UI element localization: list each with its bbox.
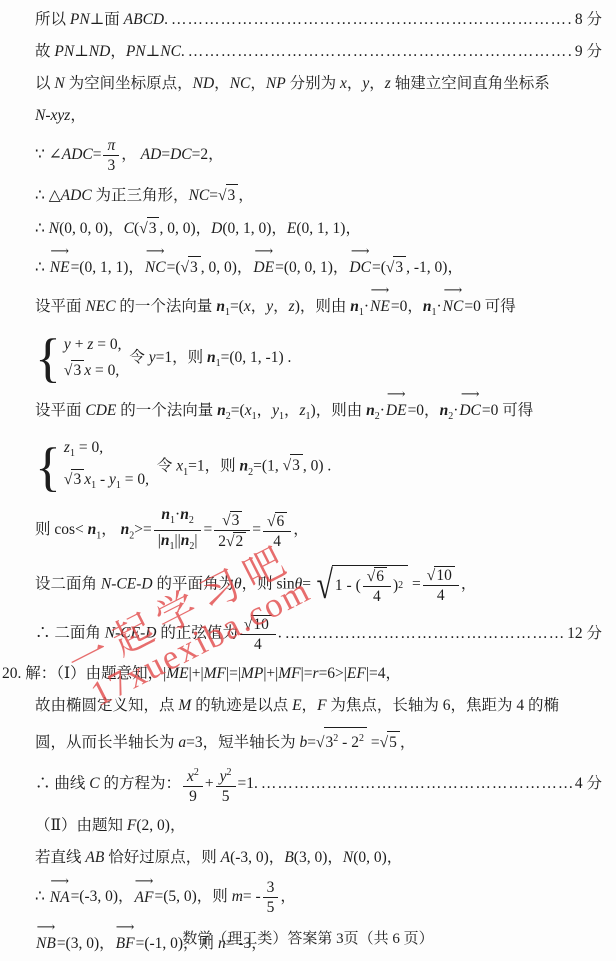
text-run: ， — [293, 521, 309, 538]
text-run: ， — [347, 75, 363, 92]
math-fraction: √64 — [263, 512, 291, 550]
vector-arrow-icon: ⟶ — [50, 876, 70, 886]
text-run: )，则由 — [311, 402, 367, 419]
text-run: , 0, 0)， — [201, 259, 253, 276]
vector-arrow-icon: ⟶ — [145, 246, 166, 256]
math-var: C — [89, 775, 99, 792]
math-bold-var: n — [88, 521, 97, 538]
brace-icon: { — [35, 334, 61, 383]
text-run: 为焦点，长轴为 6，焦距为 4 的椭 — [327, 697, 560, 714]
math-radical: √10 — [427, 566, 455, 584]
text-run: =(1, — [253, 457, 282, 474]
text-run: 的轨迹是以点 — [191, 697, 292, 714]
math-var: ND — [193, 75, 215, 92]
text-run: =( — [230, 298, 244, 315]
text-run: ， — [70, 107, 86, 124]
text-run: ∴ 曲线 — [35, 775, 89, 792]
text-run: =(5, 0)，则 — [154, 889, 231, 906]
math-var: xyz — [51, 107, 71, 124]
text-run: ， — [257, 402, 273, 419]
math-var: N — [49, 220, 59, 237]
text-run: - 2 — [338, 734, 359, 751]
math-bold-var: n — [216, 298, 225, 315]
math-fraction: √104 — [240, 615, 276, 653]
text-run: 4 — [373, 588, 381, 605]
math-var: NC — [189, 187, 210, 204]
vector-arrow-icon: ⟶ — [135, 876, 154, 886]
math-fraction: π3 — [103, 137, 119, 174]
math-var: NC — [230, 75, 251, 92]
text-run: =(0, 1, 1)， — [71, 259, 144, 276]
text-line: 设平面 CDE 的一个法向量 n2=(x1，y1，z1)，则由 n2·⟶DE=0… — [35, 393, 602, 428]
math-bold-var: n — [350, 298, 359, 315]
equation-system: {z1 = 0,√3x1 - y1 = 0, — [35, 438, 149, 496]
text-run: 以 — [35, 75, 54, 92]
content: 所以 PN⊥面 ABCD.……………………………………………………………………8… — [35, 9, 602, 961]
vector-NE: ⟶NE — [370, 289, 390, 318]
superscript: 2 — [227, 767, 232, 778]
text-run: ， — [251, 298, 267, 315]
math-radical: √3 — [180, 256, 200, 279]
math-var: E — [292, 697, 301, 714]
text-run: ∵ ∠ — [35, 146, 62, 163]
text-run: 圆，从而长半轴长为 — [35, 734, 178, 751]
math-var: F — [127, 817, 136, 834]
text-run: 设平面 — [35, 298, 85, 315]
text-run: =0， — [408, 402, 440, 419]
math-var: AB — [85, 849, 104, 866]
text-run: ∴ — [35, 889, 49, 906]
math-var: EF — [347, 665, 366, 682]
math-var: y — [109, 471, 116, 488]
text-run: ， — [280, 889, 296, 906]
math-var: x — [340, 75, 347, 92]
text-run: 3 — [228, 187, 236, 204]
vector-arrow-icon: ⟶ — [349, 246, 371, 256]
math-var: N — [101, 576, 111, 593]
math-var: MF — [278, 665, 300, 682]
text-run: =0 可得 — [464, 298, 515, 315]
math-var: N — [343, 849, 353, 866]
math-var: NEC — [85, 298, 115, 315]
math-radical: √10 — [244, 615, 272, 633]
math-var: θ — [234, 576, 242, 593]
text-run: 恰好过原点，则 — [104, 849, 220, 866]
text-run: 故 — [35, 43, 54, 60]
math-var: y — [149, 349, 156, 366]
text-run: =( — [372, 259, 386, 276]
text-run: =1，则 — [156, 349, 207, 366]
text-run: 3 — [292, 457, 300, 474]
text-run: |=4， — [366, 665, 401, 682]
text-run: (3, 0)， — [294, 849, 343, 866]
math-var: y — [272, 402, 279, 419]
math-var: PN — [126, 43, 146, 60]
text-line: ∴ 曲线 C 的方程为：x29+y25=1.………………………………………………… — [35, 764, 602, 805]
text-run: =(0, 0, 1)， — [275, 259, 348, 276]
text-run: =( — [167, 259, 181, 276]
text-line: 故由椭圆定义知，点 M 的轨迹是以点 E，F 为焦点，长轴为 6，焦距为 4 的… — [35, 695, 602, 717]
text-run: 的正弦值为 — [156, 625, 237, 642]
text-run: 1 - ( — [335, 575, 361, 597]
line-text: ∴ 二面角 N-CE-D 的正弦值为√104. — [35, 615, 282, 653]
text-run: 4 — [273, 533, 281, 550]
dot-leader: ……………………………………………………… — [261, 773, 572, 795]
text-run: 2 — [218, 533, 226, 550]
text-run: 若直线 — [35, 849, 85, 866]
math-fraction: x29 — [183, 764, 203, 805]
math-var: B — [284, 849, 293, 866]
text-run: (0, 0, 0)， — [59, 220, 124, 237]
math-var: CE — [120, 625, 140, 642]
text-run: 5 — [222, 788, 230, 805]
text-line: 20. 解：（Ⅰ）由题意知，|ME|+|MF|=|MP|+|MF|=r=6>|E… — [2, 663, 602, 685]
text-run: ， — [302, 697, 318, 714]
text-run: 故由椭圆定义知，点 — [35, 697, 178, 714]
math-var: CDE — [85, 402, 116, 419]
text-line: 设平面 NEC 的一个法向量 n1=(x，y，z)，则由 n1·⟶NE=0，n1… — [35, 289, 602, 324]
math-radical: √3 — [139, 217, 159, 240]
text-run: 3 — [267, 879, 275, 896]
text-run: 3 — [232, 512, 240, 529]
vector-DE: ⟶DE — [253, 250, 274, 279]
text-run: 10 — [436, 567, 452, 584]
score-label: 8 分 — [575, 9, 602, 31]
math-var: A — [221, 849, 230, 866]
text-run: 所以 — [35, 11, 70, 28]
text-run: = - — [243, 889, 261, 906]
text-run: ， — [273, 298, 289, 315]
text-run: ， — [101, 521, 120, 538]
math-bold-var: n — [440, 402, 449, 419]
math-bold-var: n — [161, 532, 170, 549]
math-var: MP — [241, 665, 263, 682]
superscript: 2 — [359, 733, 364, 744]
vector-NC: ⟶NC — [145, 250, 166, 279]
math-var: E — [287, 220, 296, 237]
text-run: |+| — [263, 665, 278, 682]
vector-arrow-icon: ⟶ — [443, 285, 464, 295]
text-run: ∴ — [35, 259, 49, 276]
math-var: N — [54, 75, 64, 92]
text-run: · — [364, 298, 369, 315]
text-line: ∵ ∠ADC=π3， AD=DC=2， — [35, 137, 602, 174]
text-run: ∴ △ — [35, 187, 61, 204]
math-var: x — [187, 768, 194, 785]
math-var: MF — [204, 665, 226, 682]
math-var: y — [64, 336, 71, 353]
text-run: )，则由 — [295, 298, 351, 315]
text-run: - — [96, 471, 109, 488]
text-line: {z1 = 0,√3x1 - y1 = 0, 令 x1=1，则 n2=(1, √… — [35, 438, 602, 496]
text-line: ∴ ⟶NE=(0, 1, 1)，⟶NC=(√3, 0, 0)，⟶DE=(0, 0… — [35, 250, 602, 279]
math-var: D — [145, 625, 156, 642]
text-run: |=| — [226, 665, 241, 682]
math-var: DC — [170, 146, 192, 163]
text-run: (0, 1, 0)， — [222, 220, 287, 237]
math-fraction: √104 — [423, 566, 459, 604]
text-run: 的方程为： — [100, 775, 181, 792]
text-run: =( — [231, 402, 245, 419]
text-line: 圆，从而长半轴长为 a=3，短半轴长为 b=√32 - 22 =√5， — [35, 727, 602, 754]
vector-NE: ⟶NE — [50, 250, 70, 279]
math-var: M — [178, 697, 191, 714]
text-run: 5 — [389, 734, 397, 751]
math-var: x — [245, 402, 252, 419]
text-run: 轴建立空间直角坐标系 — [391, 75, 550, 92]
math-fraction: y25 — [216, 764, 236, 805]
text-run: 5 — [267, 899, 275, 916]
text-run: |+| — [189, 665, 204, 682]
math-radical: √3 — [64, 360, 84, 381]
math-fraction: n1·n2|n1||n2| — [154, 506, 202, 555]
math-bold-var: n — [121, 521, 130, 538]
brace-icon: { — [35, 443, 61, 492]
text-run: (0, 1, 1)， — [296, 220, 361, 237]
math-radical: √2 — [226, 532, 246, 550]
math-bold-var: n — [366, 402, 375, 419]
math-var: π — [107, 137, 115, 154]
text-run: = 0, — [93, 336, 121, 353]
text-run: 9 — [189, 788, 197, 805]
vector-NA: ⟶NA — [50, 880, 70, 909]
text-run: + — [71, 336, 88, 353]
text-line: N-xyz， — [35, 105, 602, 127]
math-var: AD — [141, 146, 162, 163]
math-radical: √3 — [218, 184, 238, 207]
text-run: 6 — [277, 513, 285, 530]
math-var: C — [124, 220, 134, 237]
math-var: ADC — [62, 146, 93, 163]
text-run: =0， — [391, 298, 423, 315]
math-fraction: √32√2 — [214, 511, 250, 550]
text-line: 故 PN⊥ND，PN⊥NC.……………………………………………………………………… — [35, 41, 602, 63]
text-run: =0 可得 — [482, 402, 533, 419]
text-run: 设二面角 — [35, 576, 101, 593]
text-line: ∴ N(0, 0, 0)，C(√3, 0, 0)，D(0, 1, 0)，E(0,… — [35, 217, 602, 240]
math-radical: √5 — [380, 731, 400, 754]
text-run: = 0, — [75, 439, 103, 456]
text-run: 则 cos< — [35, 521, 88, 538]
math-var: ND — [89, 43, 111, 60]
text-run: 10 — [253, 616, 269, 633]
text-run: =1. — [238, 775, 258, 792]
text-run: , 0, 0)， — [159, 220, 211, 237]
math-radical: √3 — [386, 256, 406, 279]
text-run: 3 — [149, 220, 157, 237]
text-run: 分别为 — [286, 75, 340, 92]
math-bold-var: n — [207, 349, 216, 366]
vector-AF: ⟶AF — [135, 880, 154, 909]
text-line: ∴ 二面角 N-CE-D 的正弦值为√104.……………………………………………… — [35, 615, 602, 653]
vector-arrow-icon: ⟶ — [370, 285, 390, 295]
math-bold-var: n — [180, 506, 189, 523]
score-label: 4 分 — [575, 773, 602, 795]
math-var: a — [178, 734, 186, 751]
math-var: D — [141, 576, 152, 593]
text-run: ，则 sin — [242, 576, 295, 593]
text-line: 则 cos< n1， n2>=n1·n2|n1||n2|=√32√2=√64， — [35, 506, 602, 555]
line-text: 所以 PN⊥面 ABCD. — [35, 9, 168, 31]
text-run: ， — [250, 75, 266, 92]
text-run: = — [302, 576, 311, 593]
text-run: 3 — [395, 259, 403, 276]
superscript: 2 — [398, 575, 403, 597]
text-run: ， — [110, 43, 126, 60]
vector-arrow-icon: ⟶ — [386, 389, 407, 399]
text-line: 设二面角 N-CE-D 的平面角为θ，则 sinθ=√1 - (√64)2 =√… — [35, 565, 602, 605]
text-run: ∴ 二面角 — [35, 625, 105, 642]
text-run: =(0, 1, -1) . — [221, 349, 292, 366]
text-run: =6>| — [319, 665, 347, 682]
text-run: = — [209, 187, 218, 204]
text-run: · — [436, 298, 441, 315]
text-run: (-3, 0)， — [230, 849, 284, 866]
text-run: 为空间坐标原点， — [65, 75, 193, 92]
text-run: = — [161, 146, 170, 163]
text-run: =(-3, 0)， — [71, 889, 134, 906]
text-run: 3 — [73, 471, 81, 488]
text-run: = — [307, 734, 316, 751]
text-run: = — [408, 576, 421, 593]
math-bold-var: n — [217, 402, 226, 419]
document-page: 所以 PN⊥面 ABCD.……………………………………………………………………8… — [0, 0, 616, 961]
text-run: 4 — [437, 587, 445, 604]
vector-arrow-icon: ⟶ — [253, 246, 274, 256]
text-run: ， — [238, 187, 254, 204]
vector-NC: ⟶NC — [443, 289, 464, 318]
text-run: ， — [461, 576, 477, 593]
page-footer: 数学（理工类）答案第 3页（共 6 页） — [0, 927, 616, 948]
math-var: ADC — [61, 187, 92, 204]
math-radical: √32 - 22 — [316, 727, 367, 754]
math-radical: √3 — [64, 469, 84, 490]
text-run: + — [205, 775, 214, 792]
text-run: = — [93, 146, 102, 163]
math-radical: √6 — [267, 512, 287, 530]
math-var: CE — [116, 576, 136, 593]
math-var: N — [105, 625, 115, 642]
text-run: =3，短半轴长为 — [186, 734, 299, 751]
vector-arrow-icon: ⟶ — [50, 246, 70, 256]
text-run: 6 — [376, 568, 384, 585]
vector-arrow-icon: ⟶ — [459, 389, 481, 399]
math-radical: √1 - (√64)2 — [311, 565, 408, 605]
text-run: =1，则 — [188, 457, 239, 474]
text-line: 以 N 为空间坐标原点，ND，NC，NP 分别为 x，y，z 轴建立空间直角坐标… — [35, 73, 602, 95]
math-var: F — [317, 697, 326, 714]
text-run: · — [380, 402, 385, 419]
text-line: ∴ ⟶NA=(-3, 0)，⟶AF=(5, 0)，则 m= -35， — [35, 879, 602, 916]
math-bold-var: n — [161, 506, 170, 523]
text-run: 令 — [153, 457, 176, 474]
text-run: 4 — [254, 636, 262, 653]
text-run: = — [367, 734, 380, 751]
math-radical: √6 — [367, 567, 387, 585]
text-run: ⊥ — [74, 43, 89, 60]
text-run: = — [203, 521, 212, 538]
text-run: ， — [369, 75, 385, 92]
text-run: 的平面角为 — [153, 576, 234, 593]
math-radical: √3 — [222, 511, 242, 529]
text-run: |= — [301, 665, 313, 682]
text-run: , 0) . — [303, 457, 331, 474]
text-run: 20. 解：（Ⅰ）由题意知，| — [2, 665, 166, 682]
math-radical: √3 — [283, 454, 303, 477]
math-var: ME — [166, 665, 188, 682]
text-run: · — [453, 402, 458, 419]
text-run: (2, 0)， — [136, 817, 185, 834]
text-run: 为正三角形， — [92, 187, 189, 204]
math-var: NP — [266, 75, 286, 92]
math-fraction: √64 — [363, 567, 391, 605]
text-line: （Ⅱ）由题知 F(2, 0)， — [35, 815, 602, 837]
radical-sign-icon: √ — [316, 565, 332, 605]
text-run: >= — [134, 521, 151, 538]
score-label: 12 分 — [567, 623, 602, 645]
superscript: 2 — [194, 767, 199, 778]
equation-system: {y + z = 0,√3x = 0, — [35, 334, 121, 383]
text-line: 所以 PN⊥面 ABCD.……………………………………………………………………8… — [35, 9, 602, 31]
text-run: ， — [214, 75, 230, 92]
vector-DC: ⟶DC — [459, 393, 481, 422]
text-run: 令 — [125, 349, 148, 366]
vector-DC: ⟶DC — [349, 250, 371, 279]
math-var: D — [211, 220, 222, 237]
math-var: m — [232, 889, 243, 906]
text-run: | — [194, 532, 197, 549]
dot-leader: …………………………………………………………………… — [188, 41, 572, 63]
text-run: 2 — [235, 533, 243, 550]
text-run: ， — [400, 734, 416, 751]
text-run: 的一个法向量 — [116, 298, 217, 315]
text-run: = 0, — [91, 362, 119, 379]
math-var: PN — [54, 43, 74, 60]
text-run: （Ⅱ）由题知 — [35, 817, 127, 834]
text-run: . — [278, 625, 282, 642]
text-run: = 0, — [121, 471, 149, 488]
text-run: ⊥ — [146, 43, 161, 60]
math-bold-var: n — [240, 457, 249, 474]
dot-leader: …………………………………………………………………… — [171, 9, 572, 31]
text-run: ， — [284, 402, 300, 419]
text-line: 若直线 AB 恰好过原点，则 A(-3, 0)，B(3, 0)，N(0, 0)， — [35, 847, 602, 869]
text-run: 的一个法向量 — [116, 402, 217, 419]
math-fraction: 35 — [263, 879, 279, 916]
subscript: 2 — [189, 515, 194, 526]
math-var: PN — [70, 11, 90, 28]
text-line: ∴ △ADC 为正三角形，NC=√3， — [35, 184, 602, 207]
dot-leader: …………………………………………………………………… — [285, 623, 564, 645]
math-var: x — [244, 298, 251, 315]
vector-DE: ⟶DE — [386, 393, 407, 422]
math-var: N — [35, 107, 45, 124]
score-label: 9 分 — [575, 41, 602, 63]
math-var: y — [220, 768, 227, 785]
math-var: NC — [160, 43, 181, 60]
text-run: (0, 0)， — [353, 849, 402, 866]
math-var: ABCD — [124, 11, 164, 28]
text-run: ， — [121, 146, 140, 163]
text-run: 3 — [73, 362, 81, 379]
text-run: 设平面 — [35, 402, 85, 419]
text-run: =2， — [192, 146, 224, 163]
text-run: . — [164, 11, 168, 28]
text-run: 3 — [190, 259, 198, 276]
text-run: ⊥面 — [90, 11, 124, 28]
text-run: ∴ — [35, 220, 49, 237]
text-run: 3 — [107, 157, 115, 174]
